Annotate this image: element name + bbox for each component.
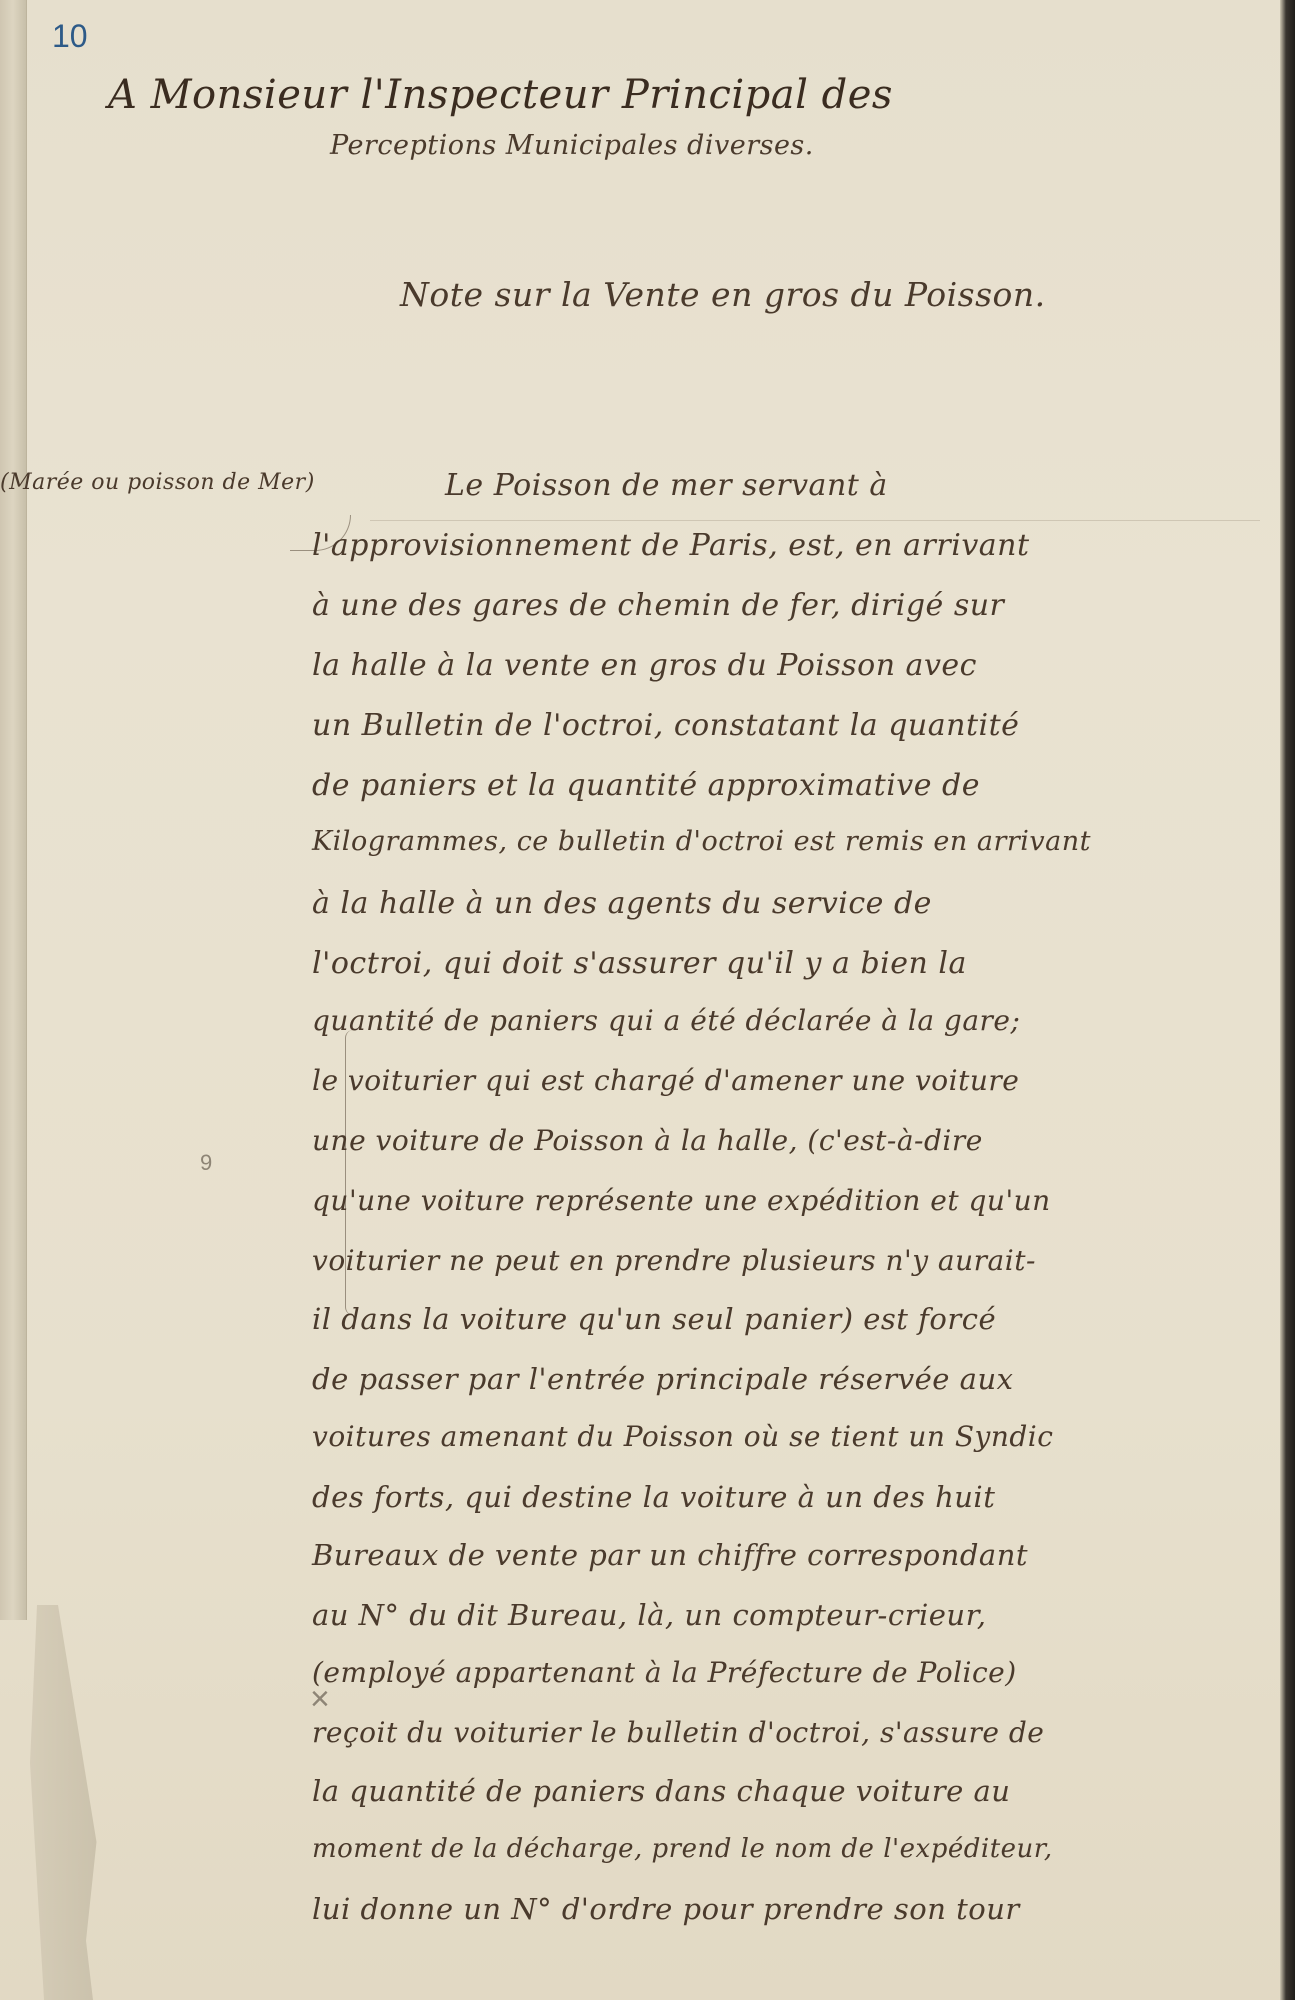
body-line: lui donne un N° d'ordre pour prendre son…: [312, 1892, 1020, 1926]
body-line: l'octroi, qui doit s'assurer qu'il y a b…: [312, 946, 967, 981]
body-line: il dans la voiture qu'un seul panier) es…: [312, 1302, 996, 1336]
body-line: (employé appartenant à la Préfecture de …: [312, 1656, 1017, 1689]
body-line: à la halle à un des agents du service de: [312, 886, 932, 921]
ruled-line: [370, 520, 1260, 521]
document-subject: Note sur la Vente en gros du Poisson.: [400, 275, 1046, 314]
body-line: Le Poisson de mer servant à: [445, 468, 888, 503]
body-line: des forts, qui destine la voiture à un d…: [312, 1480, 995, 1514]
body-line: Bureaux de vente par un chiffre correspo…: [312, 1538, 1028, 1572]
pencil-number-mark: 9: [200, 1150, 212, 1176]
body-line: qu'une voiture représente une expédition…: [312, 1184, 1051, 1217]
body-line: à une des gares de chemin de fer, dirigé…: [312, 588, 1004, 623]
body-line: l'approvisionnement de Paris, est, en ar…: [312, 528, 1030, 563]
folio-number: 10: [52, 18, 88, 55]
torn-paper-edge: [30, 1605, 100, 2000]
body-line: Kilogrammes, ce bulletin d'octroi est re…: [312, 826, 1091, 857]
page-binding: [0, 0, 27, 1620]
body-line: au N° du dit Bureau, là, un compteur-cri…: [312, 1598, 986, 1632]
body-line: quantité de paniers qui a été déclarée à…: [312, 1004, 1020, 1037]
body-line: la quantité de paniers dans chaque voitu…: [312, 1774, 1010, 1808]
manuscript-page: 10 A Monsieur l'Inspecteur Principal des…: [0, 0, 1280, 2000]
body-line: une voiture de Poisson à la halle, (c'es…: [312, 1124, 983, 1157]
body-line: voitures amenant du Poisson où se tient …: [312, 1420, 1053, 1453]
body-line: de passer par l'entrée principale réserv…: [312, 1362, 1013, 1396]
body-line: moment de la décharge, prend le nom de l…: [312, 1834, 1053, 1864]
body-line: un Bulletin de l'octroi, constatant la q…: [312, 708, 1019, 743]
margin-note: (Marée ou poisson de Mer): [0, 470, 315, 495]
body-line: de paniers et la quantité approximative …: [312, 768, 980, 803]
body-line: le voiturier qui est chargé d'amener une…: [312, 1064, 1019, 1097]
body-line: la halle à la vente en gros du Poisson a…: [312, 648, 977, 683]
page-right-edge: [1280, 0, 1295, 2000]
address-line-1: A Monsieur l'Inspecteur Principal des: [108, 72, 893, 118]
body-line: voiturier ne peut en prendre plusieurs n…: [312, 1244, 1036, 1277]
address-line-2: Perceptions Municipales diverses.: [330, 130, 814, 161]
body-line: reçoit du voiturier le bulletin d'octroi…: [312, 1716, 1044, 1749]
